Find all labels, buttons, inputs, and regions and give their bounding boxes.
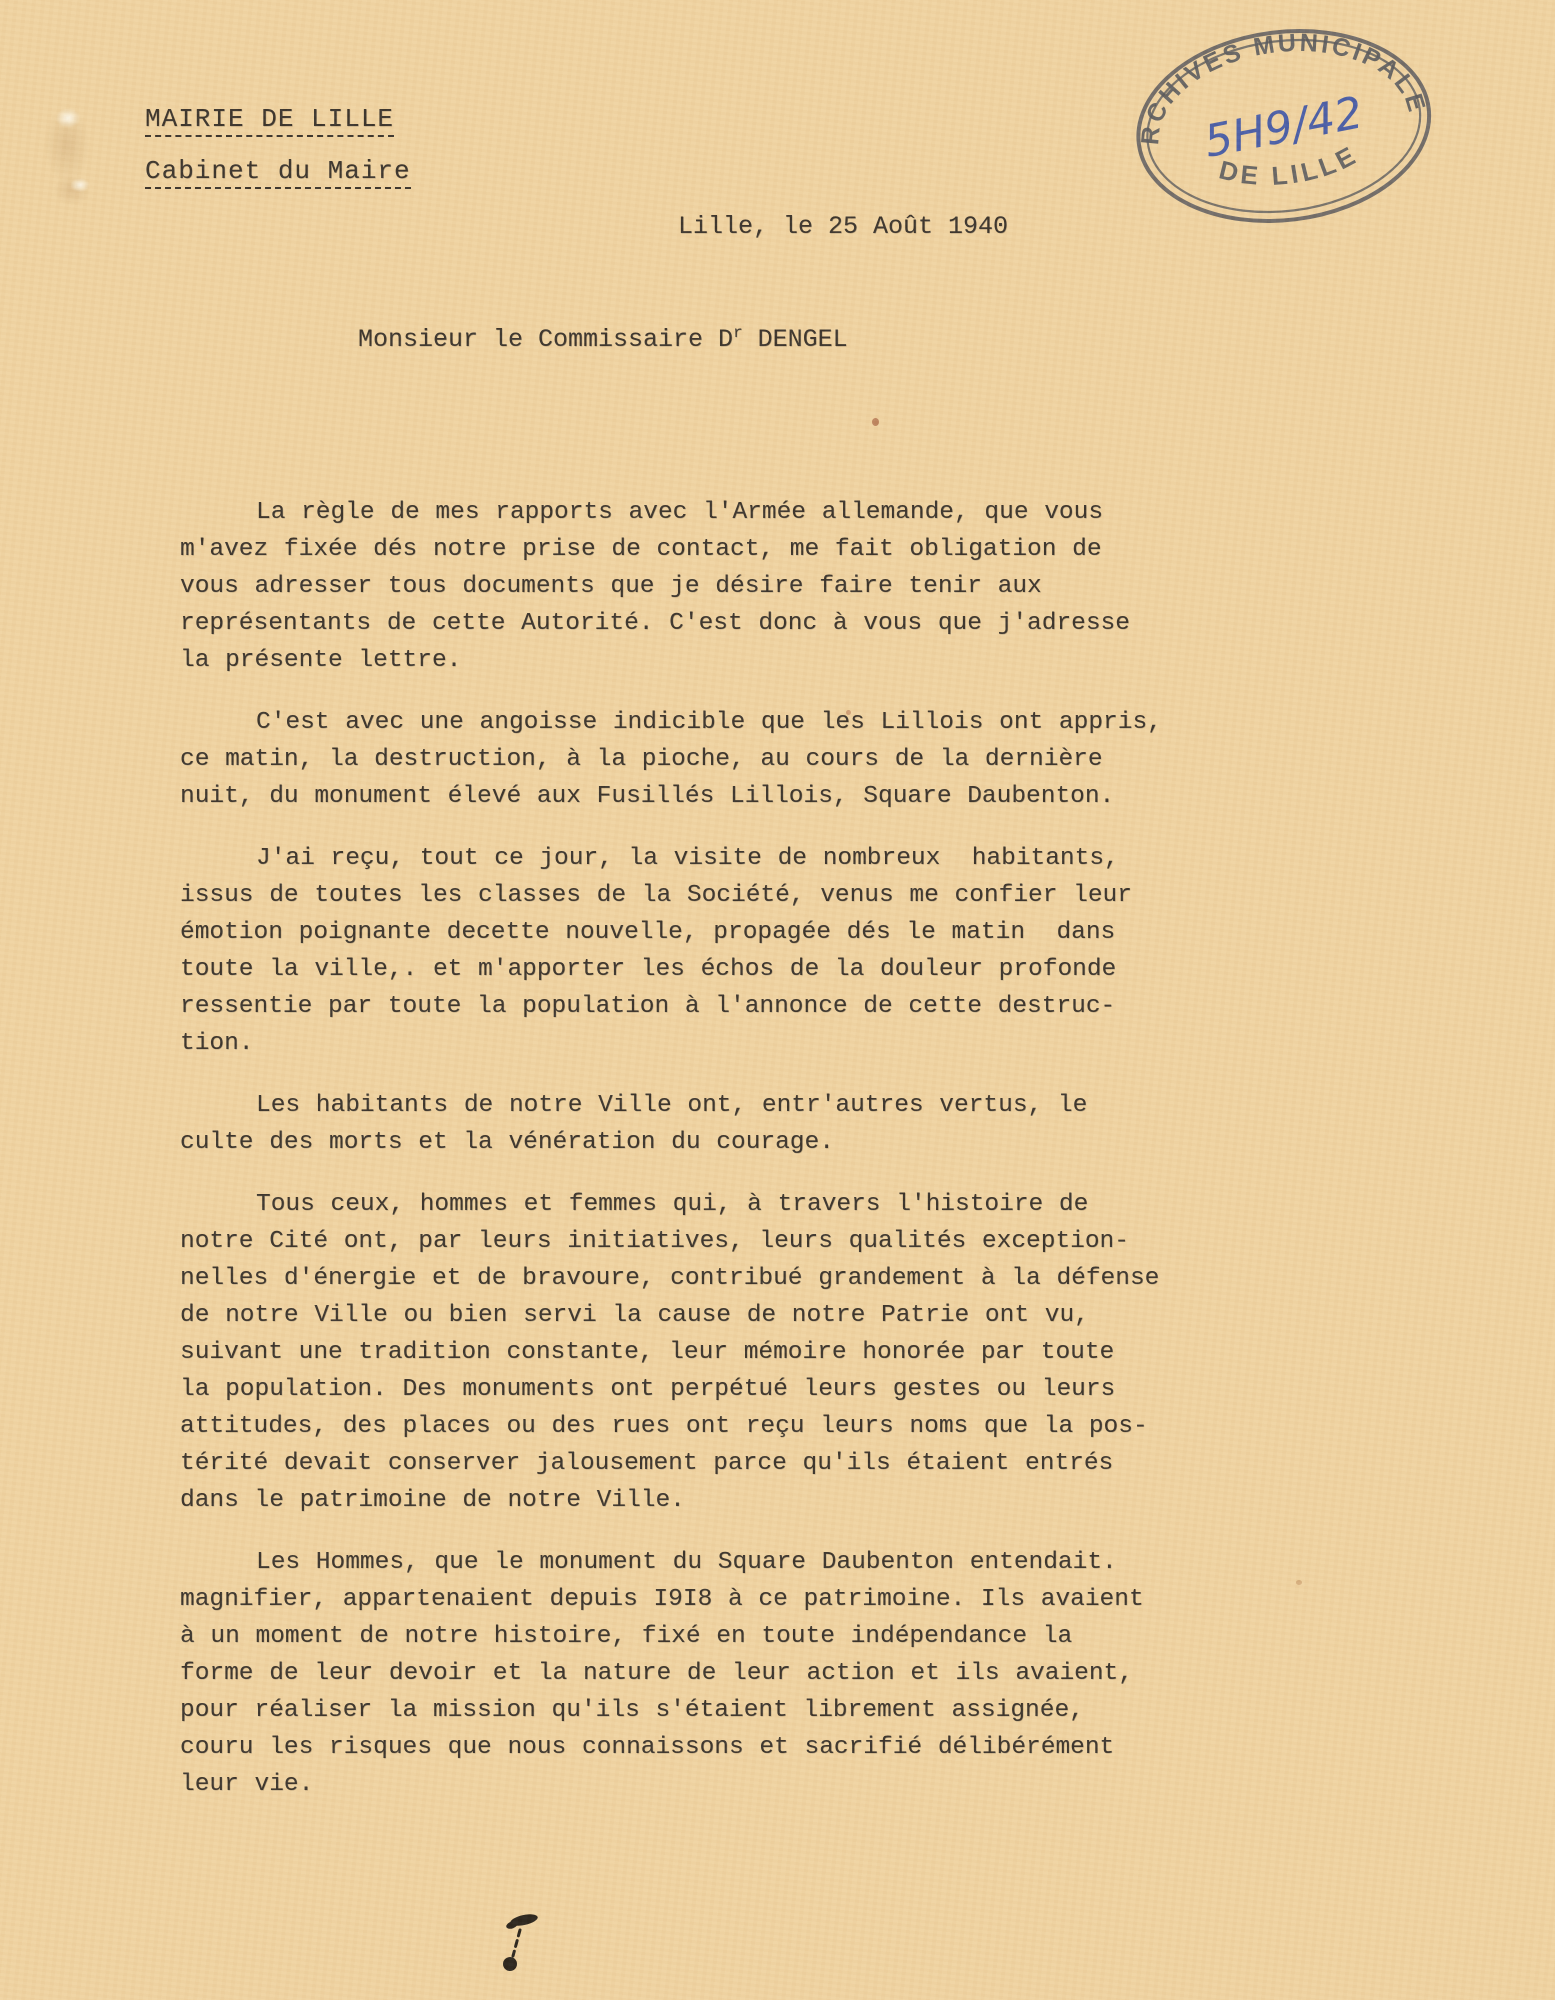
- letterhead-line2: Cabinet du Maire: [145, 156, 411, 189]
- paper-speck: [846, 710, 851, 715]
- archives-stamp: ARCHIVES MUNICIPALES DE LILLE 5H9/42: [1117, 8, 1452, 249]
- letterhead-line1: MAIRIE DE LILLE: [145, 104, 394, 137]
- letter-body: La règle de mes rapports avec l'Armée al…: [180, 494, 1300, 1828]
- letter-page: MAIRIE DE LILLE Cabinet du Maire ARCHIVE…: [0, 0, 1555, 2000]
- ink-mark-bottom: [492, 1898, 552, 1988]
- paragraph-3: J'ai reçu, tout ce jour, la visite de no…: [180, 840, 1300, 1062]
- paper-speck: [872, 418, 879, 426]
- salutation: Monsieur le Commissaire Dr DENGEL: [358, 324, 848, 354]
- paper-damage-top-left: [22, 60, 112, 210]
- salutation-superscript: r: [733, 324, 743, 342]
- dateline: Lille, le 25 Août 1940: [678, 212, 1008, 241]
- salutation-prefix: Monsieur le Commissaire D: [358, 325, 733, 354]
- salutation-suffix: DENGEL: [743, 325, 848, 354]
- letterhead: MAIRIE DE LILLE Cabinet du Maire: [145, 96, 411, 200]
- paragraph-2: C'est avec une angoisse indicible que le…: [180, 704, 1300, 815]
- paragraph-4: Les habitants de notre Ville ont, entr'a…: [180, 1087, 1300, 1161]
- paragraph-5: Tous ceux, hommes et femmes qui, à trave…: [180, 1186, 1300, 1519]
- paper-speck: [1296, 1580, 1302, 1585]
- paragraph-1: La règle de mes rapports avec l'Armée al…: [180, 494, 1300, 679]
- paragraph-6: Les Hommes, que le monument du Square Da…: [180, 1544, 1300, 1803]
